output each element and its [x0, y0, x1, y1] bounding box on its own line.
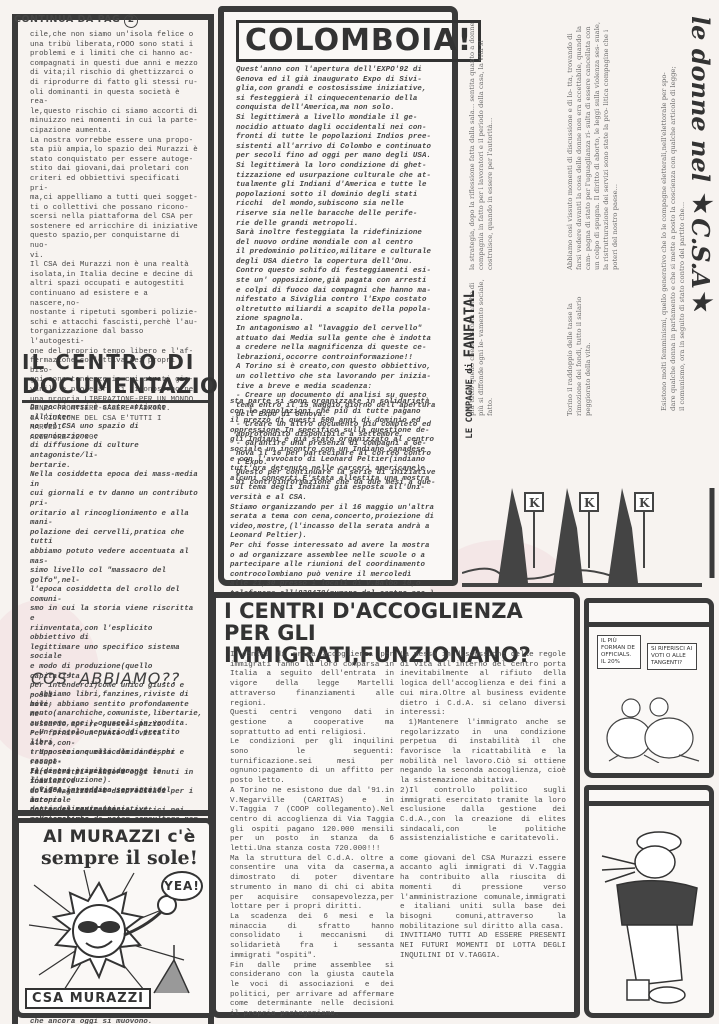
donne-column-5: più tutto quello che si ascolta anche di… [468, 276, 564, 416]
sun-cartoon: Al MURAZZI c'è sempre il sole! YEA! CSA … [14, 818, 214, 1018]
sun-cartoon-title: Al MURAZZI c'è sempre il sole! [27, 827, 212, 869]
speech-bubble-right: SI RIFERISCI AI VOTI O ALLE TANGENTI? [647, 643, 697, 670]
speech-bubble-left: IL PIÙ FORMAN DE OFFICIALS. IL 20% [597, 635, 641, 669]
cartoon-header-band [589, 603, 709, 627]
continued-text: CONTINUA DA PAG [14, 14, 120, 25]
colomboia-title: COLOMBOIA! [236, 20, 481, 62]
csa-murazzi-logo: CSA MURAZZI [25, 988, 151, 1009]
cos-abbiamo-heading: COS' ABBIAMO?? [31, 669, 180, 688]
continued-from-label: CONTINUA DA PAG 2 [14, 14, 138, 28]
colomboia-text-part-2: sta parte si sono organizzate in solidar… [230, 398, 452, 599]
svg-text:K: K [584, 496, 595, 510]
svg-text:K: K [639, 496, 650, 510]
yea-speech-bubble: YEA! [161, 871, 203, 901]
donne-column-3: la strategia, dopo la riflessione fatta … [468, 20, 564, 270]
signature-small: LE COMPAGNE di [465, 363, 475, 439]
donne-nel-csa-article: le donne nel ★C.S.A★ Esistono molti femm… [462, 6, 719, 426]
hooded-procession-illustration: KKK [462, 488, 719, 588]
heading-line-2: DOCUMENTAZIONE [22, 374, 208, 403]
heading-line-1: IL CENTRO DI [22, 350, 208, 374]
page-number-circle: 2 [124, 14, 138, 28]
two-politicians-drawing-icon [599, 693, 709, 763]
hooded-figures-icon: KKK [462, 488, 719, 588]
immigrati-column-2: La messa in discussione delle regole di … [400, 651, 566, 962]
divider [12, 810, 214, 816]
donne-column-4: Torino il raddoppio delle tasse la rimoz… [566, 276, 662, 416]
cat-character-icon [597, 820, 707, 1010]
immigrati-article: I CENTRI D'ACCOGLIENZA PER GLI IMMIGRATI… [210, 592, 580, 1018]
svg-text:K: K [529, 496, 540, 510]
politician-cartoon: IL PIÙ FORMAN DE OFFICIALS. IL 20% SI RI… [584, 598, 714, 778]
cat-cartoon [584, 785, 714, 1018]
signature-big: FANFATAL [462, 290, 478, 357]
cartoon-header-band [589, 790, 709, 806]
zine-page: CONTINUA DA PAG 2 cile,che non siamo un'… [0, 0, 719, 1024]
donne-column-2: Abbiamo così vissuto momenti di discussi… [566, 20, 662, 270]
documentation-center-heading: IL CENTRO DI DOCUMENTAZIONE [22, 350, 208, 403]
fanfatal-signature: LE COMPAGNE di FANFATAL [462, 290, 478, 439]
donne-column-1: Esistono molti femminismi, quello genera… [660, 66, 700, 411]
sun-title-line-1: Al MURAZZI c'è [27, 827, 212, 847]
immigrati-column-1: I centri di prima accoglienza per immigr… [230, 651, 394, 1020]
